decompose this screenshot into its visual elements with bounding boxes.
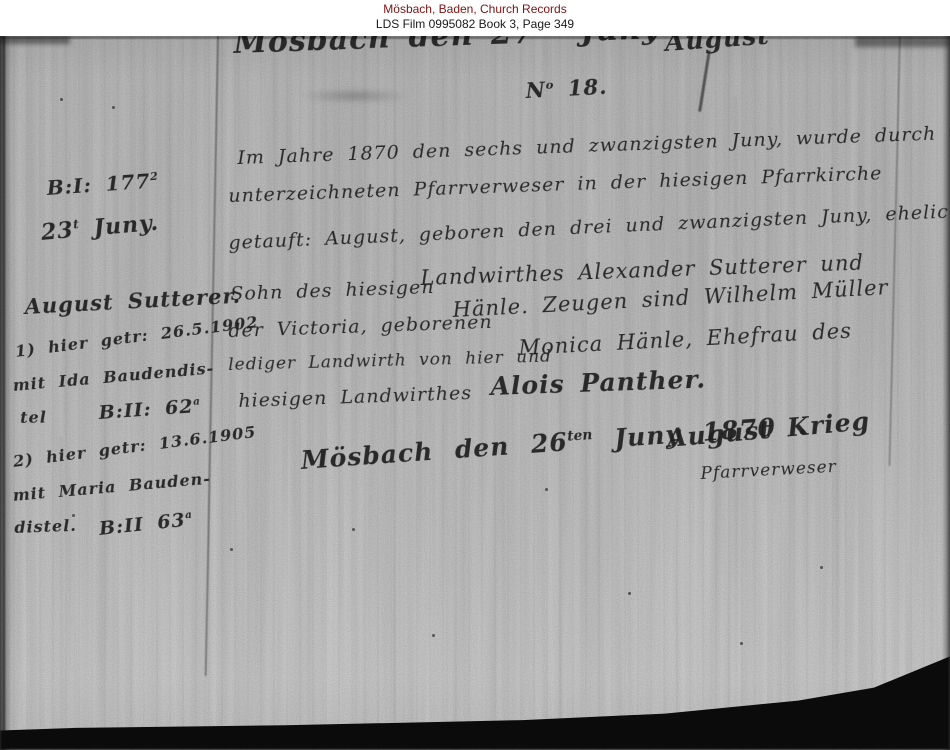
- handwritten-margin-marriage-1-line-2: mit Ida Baudendis-: [12, 358, 215, 395]
- handwritten-prev-entry-date: Mösbach den 27 · Juny: [233, 36, 661, 61]
- handwritten-margin-child-name: August Sutterer.: [24, 283, 241, 319]
- handwritten-body-line-6b: Monica Hänle, Ehefrau des: [518, 319, 852, 360]
- handwritten-margin-book-ref-3: B:II 63a: [98, 508, 193, 540]
- handwritten-body-line-2: unterzeichneten Pfarrverweser in der hie…: [228, 162, 883, 207]
- scanned-register-page: Mösbach den 27 · JunyAugustNo 18.Im Jahr…: [0, 36, 950, 750]
- handwriting-layer: Mösbach den 27 · JunyAugustNo 18.Im Jahr…: [0, 36, 950, 750]
- handwritten-body-line-1: Im Jahre 1870 den sechs und zwanzigsten …: [237, 121, 950, 169]
- caption-bar: Mösbach, Baden, Church Records LDS Film …: [0, 0, 950, 36]
- handwritten-body-line-7a: hiesigen Landwirthes: [238, 382, 472, 412]
- handwritten-signature-title: Pfarrverweser: [700, 457, 837, 484]
- handwritten-body-line-3: getauft: August, geboren den drei und zw…: [228, 200, 950, 254]
- scan-top-right-shadow: [855, 36, 950, 47]
- handwritten-entry-number: No 18.: [525, 74, 608, 103]
- handwritten-margin-marriage-1-line-3: tel: [20, 408, 47, 427]
- handwritten-margin-marriage-2-line-1: 2) hier getr: 13.6.1905: [12, 422, 257, 471]
- caption-subtitle: LDS Film 0995082 Book 3, Page 349: [376, 17, 574, 32]
- screenshot-root: Mösbach, Baden, Church Records LDS Film …: [0, 0, 950, 750]
- handwritten-margin-marriage-2-line-2: mit Maria Bauden-: [12, 469, 212, 505]
- handwritten-body-line-4a: Sohn des hiesigen: [230, 276, 435, 305]
- page-edge-line: [3, 36, 5, 750]
- handwritten-margin-book-ref-2: B:II: 62a: [98, 395, 201, 424]
- caption-title: Mösbach, Baden, Church Records: [383, 2, 566, 17]
- scan-top-edge: [0, 36, 950, 39]
- handwritten-margin-book-ref-1: B:I: 1772: [46, 168, 159, 200]
- handwritten-prev-entry-signature: August: [664, 36, 771, 57]
- scan-right-edge: [942, 36, 950, 750]
- handwritten-margin-birthdate: 23t Juny.: [40, 210, 160, 246]
- handwritten-margin-marriage-1-line-1: 1) hier getr: 26.5.1902: [14, 312, 259, 361]
- handwritten-body-line-7b: Alois Panther.: [490, 364, 706, 401]
- handwritten-margin-marriage-2-line-3: distel.: [14, 516, 77, 537]
